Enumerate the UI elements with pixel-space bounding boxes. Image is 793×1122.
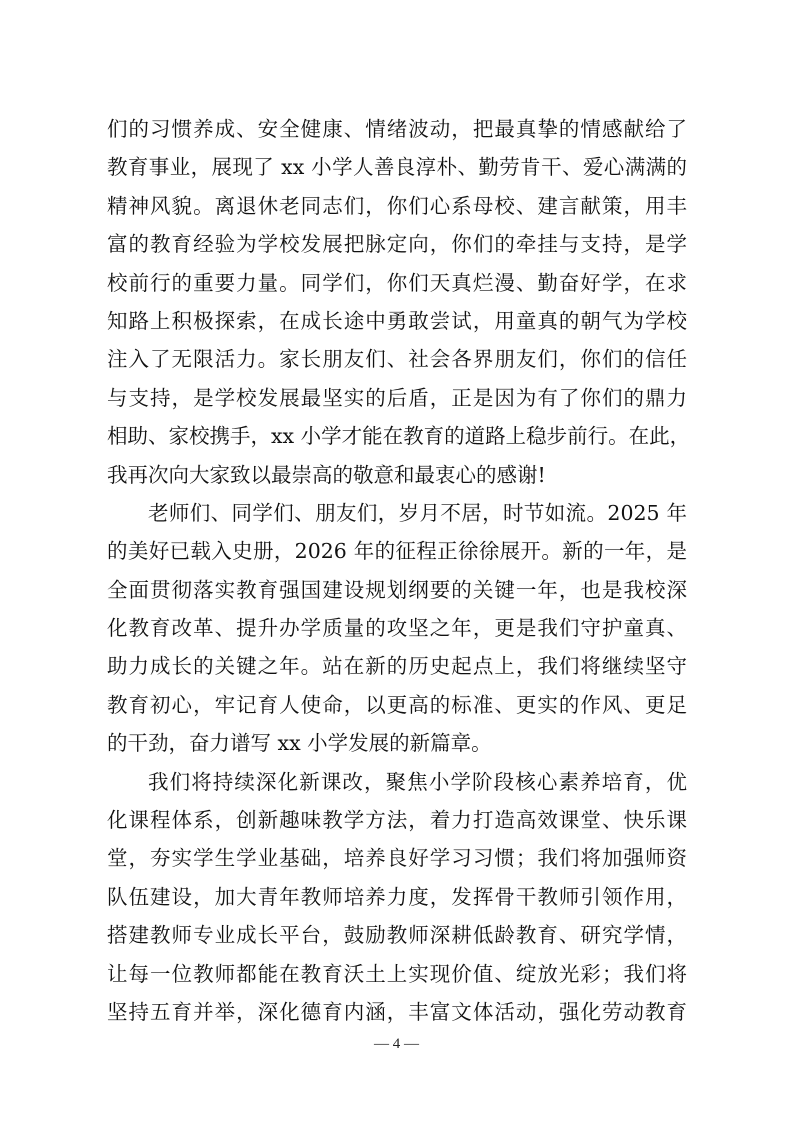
document-page: 们的习惯养成、安全健康、情绪波动，把最真挚的情感献给了 教育事业，展现了 xx …	[0, 0, 793, 1122]
body-text: 们的习惯养成、安全健康、情绪波动，把最真挚的情感献给了 教育事业，展现了 xx …	[107, 110, 687, 1031]
text-line: 全面贯彻落实教育强国建设规划纲要的关键一年，也是我校深	[107, 571, 687, 609]
text-line: 我再次向大家致以最崇高的敬意和最衷心的感谢!	[107, 456, 687, 494]
text-line: 搭建教师专业成长平台，鼓励教师深耕低龄教育、研究学情，	[107, 916, 687, 954]
text-line: 精神风貌。离退休老同志们，你们心系母校、建言献策，用丰	[107, 187, 687, 225]
text-line: 化课程体系，创新趣味教学方法，着力打造高效课堂、快乐课	[107, 801, 687, 839]
text-line: 坚持五育并举，深化德育内涵，丰富文体活动，强化劳动教育	[107, 993, 687, 1031]
page-number: — 4 —	[0, 1036, 793, 1053]
text-line: 的干劲，奋力谱写 xx 小学发展的新篇章。	[107, 724, 687, 762]
text-line: 教育事业，展现了 xx 小学人善良淳朴、勤劳肯干、爱心满满的	[107, 148, 687, 186]
text-line: 助力成长的关键之年。站在新的历史起点上，我们将继续坚守	[107, 647, 687, 685]
text-line: 队伍建设，加大青年教师培养力度，发挥骨干教师引领作用，	[107, 878, 687, 916]
text-line: 知路上积极探索，在成长途中勇敢尝试，用童真的朝气为学校	[107, 302, 687, 340]
text-line: 富的教育经验为学校发展把脉定向，你们的牵挂与支持，是学	[107, 225, 687, 263]
text-line: 相助、家校携手，xx 小学才能在教育的道路上稳步前行。在此，	[107, 417, 687, 455]
text-line: 校前行的重要力量。同学们，你们天真烂漫、勤奋好学，在求	[107, 264, 687, 302]
text-line: 注入了无限活力。家长朋友们、社会各界朋友们，你们的信任	[107, 340, 687, 378]
text-line: 与支持，是学校发展最坚实的后盾，正是因为有了你们的鼎力	[107, 379, 687, 417]
paragraph-first-line: 老师们、同学们、朋友们，岁月不居，时节如流。2025 年	[107, 494, 687, 532]
text-line: 化教育改革、提升办学质量的攻坚之年，更是我们守护童真、	[107, 609, 687, 647]
text-line: 教育初心，牢记育人使命，以更高的标准、更实的作风、更足	[107, 686, 687, 724]
text-line: 的美好已载入史册，2026 年的征程正徐徐展开。新的一年，是	[107, 532, 687, 570]
text-line: 让每一位教师都能在教育沃土上实现价值、绽放光彩；我们将	[107, 955, 687, 993]
paragraph-first-line: 我们将持续深化新课改，聚焦小学阶段核心素养培育，优	[107, 763, 687, 801]
text-line: 堂，夯实学生学业基础，培养良好学习习惯；我们将加强师资	[107, 839, 687, 877]
text-line: 们的习惯养成、安全健康、情绪波动，把最真挚的情感献给了	[107, 110, 687, 148]
